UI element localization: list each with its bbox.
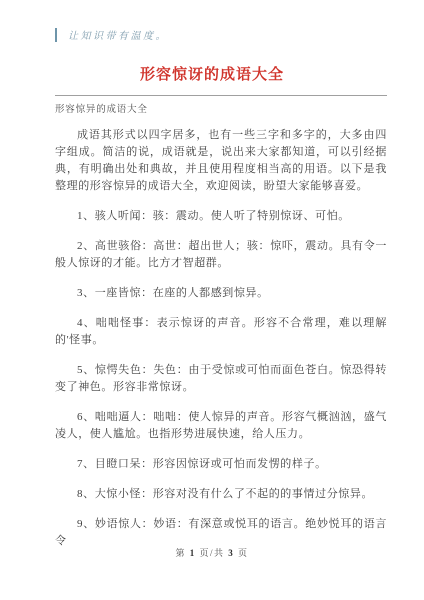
idiom-item-9: 9、妙语惊人：妙语：有深意或悦耳的语言。绝妙悦耳的语言令 (55, 516, 387, 550)
footer-label-of: 页/共 (199, 548, 224, 558)
document-body: 成语其形式以四字居多，也有一些三字和多字的，大多由四字组成。简洁的说，成语就是，… (55, 127, 387, 563)
footer-label-page: 第 (175, 548, 186, 558)
page-title: 形容惊讶的成语大全 (0, 63, 424, 84)
page-footer: 第 1 页/共 3 页 (0, 546, 424, 559)
brand-masthead: 让知识带有温度。 (55, 27, 168, 42)
total-pages: 3 (228, 548, 234, 558)
idiom-item-8: 8、大惊小怪：形容对没有什么了不起的的事情过分惊异。 (55, 486, 387, 503)
footer-label-pages: 页 (238, 548, 249, 558)
brand-slogan: 让知识带有温度。 (68, 27, 168, 42)
idiom-item-1: 1、骇人听闻：骇：震动。使人听了特别惊讶、可怕。 (55, 208, 387, 225)
idiom-item-5: 5、惊愕失色：失色：由于受惊或可怕而面色苍白。惊恐得转变了神色。形容非常惊讶。 (55, 362, 387, 396)
document-subtitle: 形容惊异的成语大全 (55, 101, 148, 115)
title-divider (55, 95, 387, 96)
idiom-item-7: 7、目瞪口呆：形容因惊讶或可怕而发愣的样子。 (55, 456, 387, 473)
idiom-item-6: 6、咄咄逼人：咄咄：使人惊异的声音。形容气概汹汹，盛气凌人，使人尴尬。也指形势进… (55, 409, 387, 443)
slogan-accent-bar (55, 28, 57, 42)
intro-paragraph: 成语其形式以四字居多，也有一些三字和多字的，大多由四字组成。简洁的说，成语就是，… (55, 127, 387, 195)
idiom-item-3: 3、一座皆惊：在座的人都感到惊异。 (55, 285, 387, 302)
idiom-item-2: 2、高世骇俗：高世：超出世人；骇：惊吓，震动。具有令一般人惊讶的才能。比方才智超… (55, 238, 387, 272)
idiom-item-4: 4、咄咄怪事：表示惊讶的声音。形容不合常理，难以理解的'怪事。 (55, 315, 387, 349)
document-page: 让知识带有温度。 形容惊讶的成语大全 形容惊异的成语大全 成语其形式以四字居多，… (0, 0, 424, 600)
page-number: 1 (190, 548, 196, 558)
